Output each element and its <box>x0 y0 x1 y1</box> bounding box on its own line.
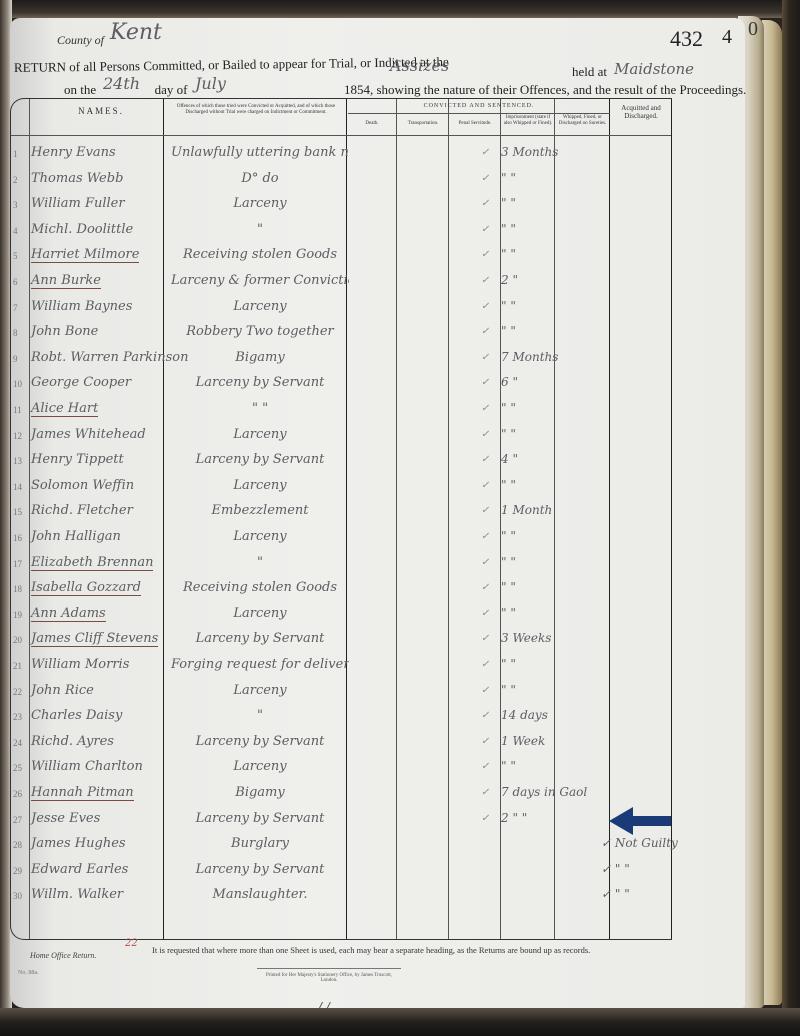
imprisonment-sentence: " " <box>501 657 611 671</box>
return-date-line: on the day of 1854, showing the nature o… <box>64 82 746 98</box>
offence: Larceny by Servant <box>171 862 349 877</box>
table-row: 21William MorrisForging request for deli… <box>11 657 671 681</box>
footer-red-mark: 22 <box>125 938 138 949</box>
check-mark-icon: ✓ <box>481 505 489 516</box>
check-mark-icon: ✓ <box>481 249 489 260</box>
prisoner-name: Ann Adams <box>31 606 106 622</box>
footer-note: It is requested that where more than one… <box>152 945 590 955</box>
imprisonment-sentence: 7 Months <box>501 350 611 364</box>
prisoner-name: Michl. Doolittle <box>31 222 133 237</box>
table-row: 22John RiceLarceny✓" " <box>11 683 671 707</box>
table-row: 14Solomon WeffinLarceny✓" " <box>11 478 671 502</box>
row-number: 6 <box>13 277 18 287</box>
imprisonment-sentence: 4 " <box>501 452 611 466</box>
imprisonment-sentence: " " <box>501 324 611 338</box>
check-mark-icon: ✓ <box>481 557 489 568</box>
imprisonment-sentence: 6 " <box>501 375 611 389</box>
form-label: Home Office Return. <box>30 951 96 960</box>
row-number: 16 <box>13 533 22 543</box>
held-at-label: held at <box>572 64 607 80</box>
imprisonment-sentence: " " <box>501 171 611 185</box>
court-value: Assizes <box>390 56 449 75</box>
prisoner-name: John Halligan <box>31 529 121 544</box>
offence: Larceny by Servant <box>171 452 349 467</box>
offence: Forging request for delivery of Goods <box>171 657 349 672</box>
table-row: 24Richd. AyresLarceny by Servant✓1 Week <box>11 734 671 758</box>
table-row: 12James WhiteheadLarceny✓" " <box>11 427 671 451</box>
check-mark-icon: ✓ <box>481 633 489 644</box>
check-mark-icon: ✓ <box>481 403 489 414</box>
check-mark-icon: ✓ <box>481 659 489 670</box>
row-number: 25 <box>13 763 22 773</box>
held-at-value: Maidstone <box>614 60 694 78</box>
check-mark-icon: ✓ <box>481 582 489 593</box>
imprisonment-sentence: " " <box>501 196 611 210</box>
table-row: 6Ann BurkeLarceny & former Conviction of… <box>11 273 671 297</box>
check-mark-icon: ✓ <box>481 761 489 772</box>
offence: Larceny by Servant <box>171 375 349 390</box>
county-label: County of <box>57 33 104 48</box>
offence: Larceny by Servant <box>171 811 349 826</box>
table-row: 1Henry EvansUnlawfully uttering bank not… <box>11 145 671 169</box>
prisoner-name: Richd. Ayres <box>31 734 114 749</box>
offence: Larceny <box>171 299 349 314</box>
col-penal-servitude: Penal Servitude. <box>450 121 500 127</box>
imprisonment-sentence: 2 " <box>501 273 611 287</box>
offence: Larceny <box>171 427 349 442</box>
prisoner-name: Henry Tippett <box>31 452 124 467</box>
col-offences: Offences of which those tried were Convi… <box>166 104 346 115</box>
month-value: July <box>195 74 226 93</box>
imprisonment-sentence: 1 Week <box>501 734 611 748</box>
table-row: 13Henry TippettLarceny by Servant✓4 " <box>11 452 671 476</box>
table-row: 23Charles Daisy"✓14 days <box>11 708 671 732</box>
offence: Larceny <box>171 683 349 698</box>
offence: Robbery Two together <box>171 324 349 339</box>
imprisonment-sentence: " " <box>501 529 611 543</box>
offence: Unlawfully uttering bank notes <box>171 145 349 160</box>
imprisonment-sentence: " " <box>501 299 611 313</box>
table-row: 26Hannah PitmanBigamy✓7 days in Gaol <box>11 785 671 809</box>
prisoner-name: William Fuller <box>31 196 125 211</box>
table-row: 3William FullerLarceny✓" " <box>11 196 671 220</box>
header-underline <box>11 135 671 136</box>
acquitted-result: ✓ Not Guilty <box>601 836 681 850</box>
check-mark-icon: ✓ <box>481 377 489 388</box>
prisoner-name: Isabella Gozzard <box>31 580 141 596</box>
offence: D° do <box>171 171 349 186</box>
county-value: Kent <box>110 20 162 45</box>
offence: Larceny <box>171 606 349 621</box>
offence: Larceny <box>171 529 349 544</box>
prisoner-name: Richd. Fletcher <box>31 503 133 518</box>
imprisonment-sentence: " " <box>501 683 611 697</box>
prisoner-name: Robt. Warren Parkinson <box>31 350 188 365</box>
check-mark-icon: ✓ <box>481 454 489 465</box>
row-number: 12 <box>13 431 22 441</box>
offence: " <box>171 708 349 723</box>
table-row: 4Michl. Doolittle"✓" " <box>11 222 671 246</box>
row-number: 29 <box>13 866 22 876</box>
table-row: 28James HughesBurglary✓ Not Guilty <box>11 836 671 860</box>
printer-credit: Printed for Her Majesty's Stationery Off… <box>257 968 401 983</box>
col-names: NAMES. <box>41 107 161 117</box>
col-convicted-group: CONVICTED AND SENTENCED. <box>348 103 610 114</box>
offence: Larceny <box>171 478 349 493</box>
check-mark-icon: ✓ <box>481 198 489 209</box>
prisoner-name: Solomon Weffin <box>31 478 134 493</box>
col-whipped: Whipped, Fined, or Discharged on Suretie… <box>556 115 609 126</box>
acquitted-result: ✓ " " <box>601 887 681 901</box>
check-mark-icon: ✓ <box>481 275 489 286</box>
table-row: 18Isabella GozzardReceiving stolen Goods… <box>11 580 671 604</box>
prisoner-name: James Hughes <box>31 836 126 851</box>
prisoner-name: James Whitehead <box>31 427 146 442</box>
prisoner-name: Willm. Walker <box>31 887 123 902</box>
imprisonment-sentence: " " <box>501 580 611 594</box>
year-text: 1854, showing the nature of their Offenc… <box>344 82 746 97</box>
row-number: 22 <box>13 687 22 697</box>
table-row: 9Robt. Warren ParkinsonBigamy✓7 Months <box>11 350 671 374</box>
check-mark-icon: ✓ <box>481 813 489 824</box>
offence: Larceny by Servant <box>171 734 349 749</box>
row-number: 30 <box>13 891 22 901</box>
row-number: 10 <box>13 379 22 389</box>
row-number: 24 <box>13 738 22 748</box>
row-number: 18 <box>13 584 22 594</box>
row-number: 15 <box>13 507 22 517</box>
page-number-secondary: 4 <box>722 26 732 49</box>
imprisonment-sentence: 7 days in Gaol <box>501 785 611 799</box>
check-mark-icon: ✓ <box>481 224 489 235</box>
day-value: 24th <box>103 74 140 93</box>
prisoner-name: John Rice <box>31 683 94 698</box>
table-row: 5Harriet MilmoreReceiving stolen Goods✓"… <box>11 247 671 271</box>
prisoner-name: Henry Evans <box>31 145 116 160</box>
page-stack-edge <box>762 20 782 1005</box>
check-mark-icon: ✓ <box>481 531 489 542</box>
row-number: 28 <box>13 840 22 850</box>
book-cover-top <box>0 0 800 18</box>
imprisonment-sentence: " " <box>501 555 611 569</box>
imprisonment-sentence: 3 Months <box>501 145 611 159</box>
offence: Larceny by Servant <box>171 631 349 646</box>
table-row: 20James Cliff StevensLarceny by Servant✓… <box>11 631 671 655</box>
table-row: 16John HalliganLarceny✓" " <box>11 529 671 553</box>
imprisonment-sentence: " " <box>501 478 611 492</box>
table-row: 7William BaynesLarceny✓" " <box>11 299 671 323</box>
prisoner-name: Jesse Eves <box>31 811 100 826</box>
page-number-tertiary: 0 <box>748 18 758 41</box>
table-row: 27Jesse EvesLarceny by Servant✓2 " " <box>11 811 671 835</box>
row-number: 19 <box>13 610 22 620</box>
acquitted-result: ✓ " " <box>601 862 681 876</box>
check-mark-icon: ✓ <box>481 429 489 440</box>
check-mark-icon: ✓ <box>481 736 489 747</box>
table-row: 30Willm. WalkerManslaughter.✓ " " <box>11 887 671 911</box>
row-number: 27 <box>13 815 22 825</box>
check-mark-icon: ✓ <box>481 301 489 312</box>
on-the-label: on the <box>64 82 96 97</box>
imprisonment-sentence: 2 " " <box>501 811 611 825</box>
check-mark-icon: ✓ <box>481 326 489 337</box>
imprisonment-sentence: " " <box>501 222 611 236</box>
table-row: 17Elizabeth Brennan"✓" " <box>11 555 671 579</box>
row-number: 11 <box>13 405 22 415</box>
table-row: 11Alice Hart" "✓" " <box>11 401 671 425</box>
row-number: 13 <box>13 456 22 466</box>
table-row: 25William CharltonLarceny✓" " <box>11 759 671 783</box>
offence: Larceny & former Conviction of Felony <box>171 273 349 288</box>
row-number: 23 <box>13 712 22 722</box>
imprisonment-sentence: " " <box>501 401 611 415</box>
offence: Embezzlement <box>171 503 349 518</box>
offence: " <box>171 222 349 237</box>
check-mark-icon: ✓ <box>481 710 489 721</box>
imprisonment-sentence: 14 days <box>501 708 611 722</box>
prisoner-name: Elizabeth Brennan <box>31 555 153 571</box>
prisoner-name: Hannah Pitman <box>31 785 134 801</box>
imprisonment-sentence: 3 Weeks <box>501 631 611 645</box>
offence: Burglary <box>171 836 349 851</box>
form-code: No. 88a. <box>18 970 39 976</box>
book-cover-right <box>782 0 800 1036</box>
return-table: NAMES. Offences of which those tried wer… <box>10 98 672 940</box>
row-number: 7 <box>13 303 18 313</box>
check-mark-icon: ✓ <box>481 787 489 798</box>
check-mark-icon: ✓ <box>481 147 489 158</box>
prisoner-name: George Cooper <box>31 375 131 390</box>
col-death: Death. <box>348 121 396 127</box>
prisoner-name: Charles Daisy <box>31 708 122 723</box>
page-number: 432 <box>670 26 703 52</box>
imprisonment-sentence: 1 Month <box>501 503 611 517</box>
offence: Larceny <box>171 759 349 774</box>
left-arrow-icon <box>609 807 671 835</box>
col-transportation: Transportation. <box>398 121 448 127</box>
check-mark-icon: ✓ <box>481 480 489 491</box>
check-mark-icon: ✓ <box>481 352 489 363</box>
row-number: 26 <box>13 789 22 799</box>
table-row: 2Thomas WebbD° do✓" " <box>11 171 671 195</box>
prisoner-name: Thomas Webb <box>31 171 123 186</box>
prisoner-name: James Cliff Stevens <box>31 631 158 647</box>
row-number: 14 <box>13 482 22 492</box>
prisoner-name: Edward Earles <box>31 862 128 877</box>
table-row: 19Ann AdamsLarceny✓" " <box>11 606 671 630</box>
prisoner-name: Alice Hart <box>31 401 98 417</box>
offence: " <box>171 555 349 570</box>
check-mark-icon: ✓ <box>481 685 489 696</box>
book-cover-bottom <box>0 1008 800 1036</box>
row-number: 1 <box>13 149 18 159</box>
table-row: 8John BoneRobbery Two together✓" " <box>11 324 671 348</box>
offence: Bigamy <box>171 350 349 365</box>
row-number: 5 <box>13 251 18 261</box>
imprisonment-sentence: " " <box>501 759 611 773</box>
row-number: 8 <box>13 328 18 338</box>
prisoner-name: Ann Burke <box>31 273 101 289</box>
row-number: 17 <box>13 559 22 569</box>
offence: " " <box>171 401 349 416</box>
row-number: 3 <box>13 200 18 210</box>
row-number: 20 <box>13 635 22 645</box>
check-mark-icon: ✓ <box>481 608 489 619</box>
table-row: 10George CooperLarceny by Servant✓6 " <box>11 375 671 399</box>
col-imprisonment: Imprisonment (state if also Whipped or F… <box>502 115 554 126</box>
row-number: 9 <box>13 354 18 364</box>
prisoner-name: William Charlton <box>31 759 143 774</box>
offence: Manslaughter. <box>171 887 349 902</box>
imprisonment-sentence: " " <box>501 247 611 261</box>
row-number: 4 <box>13 226 18 236</box>
day-of-label: day of <box>155 82 188 97</box>
imprisonment-sentence: " " <box>501 606 611 620</box>
prisoner-name: Harriet Milmore <box>31 247 139 263</box>
prisoner-name: John Bone <box>31 324 98 339</box>
offence: Bigamy <box>171 785 349 800</box>
table-row: 29Edward EarlesLarceny by Servant✓ " " <box>11 862 671 886</box>
offence: Receiving stolen Goods <box>171 580 349 595</box>
col-acquitted: Acquitted and Discharged. <box>611 105 671 120</box>
imprisonment-sentence: " " <box>501 427 611 441</box>
row-number: 2 <box>13 175 18 185</box>
check-mark-icon: ✓ <box>481 173 489 184</box>
prisoner-name: William Baynes <box>31 299 132 314</box>
row-number: 21 <box>13 661 22 671</box>
table-row: 15Richd. FletcherEmbezzlement✓1 Month <box>11 503 671 527</box>
offence: Receiving stolen Goods <box>171 247 349 262</box>
offence: Larceny <box>171 196 349 211</box>
prisoner-name: William Morris <box>31 657 129 672</box>
